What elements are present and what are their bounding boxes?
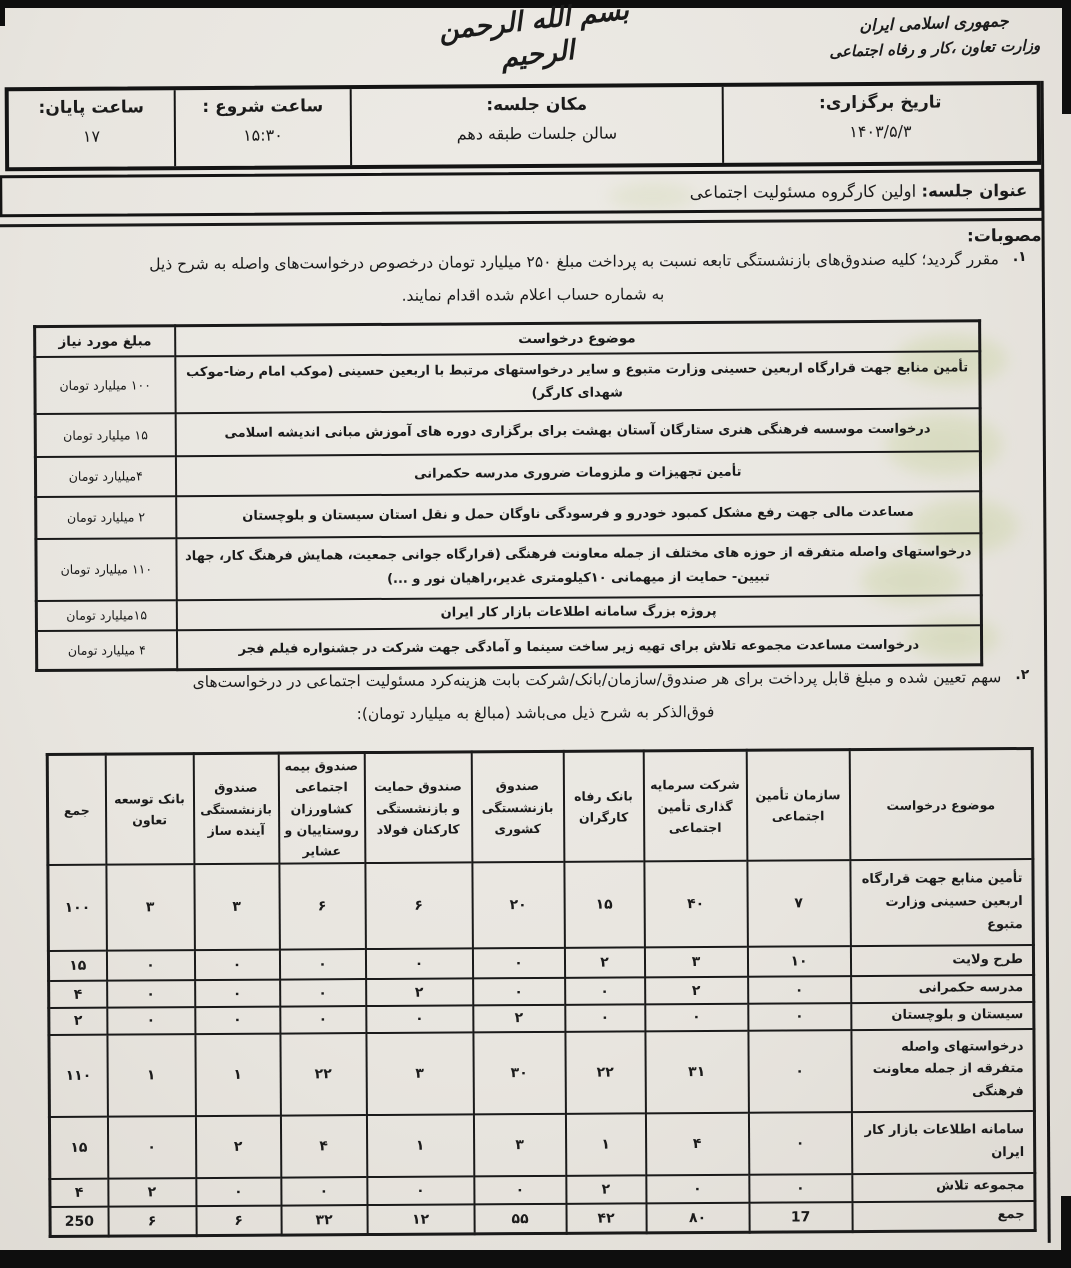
table-row: درخواستهای واصله متفرقه از جمله معاونت ف… <box>49 1029 1034 1117</box>
table-cell-subject: جمع <box>852 1201 1035 1232</box>
table-cell-value: ۴ <box>645 1112 748 1175</box>
table-cell-value: ۴۰ <box>644 861 748 948</box>
table-cell-value: ۰ <box>106 950 194 981</box>
table-cell-subject: طرح ولایت <box>850 945 1033 976</box>
table-cell-value: ۰ <box>748 1003 851 1030</box>
table-cell-value: ۱ <box>107 1034 195 1117</box>
table-cell-value: ۸۰ <box>646 1202 749 1233</box>
table-cell-subject: تأمین منابع جهت قرارگاه اربعین حسینی وزا… <box>175 351 980 413</box>
meeting-title-value: اولین کارگروه مسئولیت اجتماعی <box>690 182 917 202</box>
location-label: مکان جلسه: <box>352 94 722 116</box>
start-time-label: ساعت شروع : <box>176 96 350 117</box>
table-cell-value: ۶ <box>196 1205 281 1236</box>
table-cell-subject: مجموعه تلاش <box>852 1173 1035 1202</box>
table-header-cell: بانک رفاه کارگران <box>563 751 644 862</box>
table-cell-subject: تأمین منابع جهت قرارگاه اربعین حسینی وزا… <box>850 859 1034 946</box>
table-header-cell: شرکت سرمایه گذاری تأمین اجتماعی <box>643 750 747 861</box>
table-cell-subject: مساعدت مالی جهت رفع مشکل کمبود خودرو و ف… <box>176 491 981 538</box>
start-time-value: ۱۵:۳۰ <box>176 125 350 145</box>
meta-cell-start-time: ساعت شروع : ۱۵:۳۰ <box>174 89 350 166</box>
date-label: تاریخ برگزاری: <box>724 92 1037 114</box>
table-cell-value: ۱۰۰ <box>48 865 107 951</box>
requests-amount-table: موضوع درخواست مبلغ مورد نیاز تأمین منابع… <box>33 319 983 672</box>
table-cell-subject: سیستان و بلوچستان <box>851 1002 1034 1030</box>
table-row: درخواستهای واصله متفرقه از حوزه های مختل… <box>36 533 981 601</box>
table-cell-value: ۰ <box>366 1005 473 1032</box>
table-header-cell: صندوق بیمه اجتماعی کشاورزان روستاییان و … <box>278 753 365 864</box>
table-cell-value: ۳ <box>473 1114 565 1177</box>
resolution-item-2-text: سهم تعیین شده و مبلغ قابل پرداخت برای هر… <box>193 668 1002 691</box>
table-cell-amount: ۴ میلیارد تومان <box>36 630 176 671</box>
table-cell-value: ۱۱۰ <box>49 1034 107 1116</box>
table-cell-value: ۰ <box>645 1004 748 1031</box>
table-cell-value: ۲۰ <box>472 862 565 949</box>
table-row: مساعدت مالی جهت رفع مشکل کمبود خودرو و ف… <box>36 491 981 539</box>
resolution-item-1-line2: به شماره حساب اعلام شده اقدام نمایند. <box>39 280 1027 310</box>
table-cell-value: ۴ <box>50 1178 108 1206</box>
table-cell-value: ۱۵ <box>564 862 645 948</box>
table-cell-value: ۲۲ <box>280 1033 366 1116</box>
table-cell-value: ۳۰ <box>473 1032 565 1115</box>
table-cell-subject: درخواست مساعدت مجموعه تلاش برای تهیه زیر… <box>176 625 981 670</box>
table-cell-amount: ۱۱۰ میلیارد تومان <box>36 538 176 601</box>
table-cell-value: ۰ <box>749 1174 852 1203</box>
table-cell-value: ۱ <box>195 1033 280 1116</box>
table-cell-value: ۳ <box>194 864 280 951</box>
resolution-item-2-line1: ۲.سهم تعیین شده و مبلغ قابل پرداخت برای … <box>41 665 1029 695</box>
table-cell-amount: ۱۰۰ میلیارد تومان <box>35 356 175 414</box>
table-cell-value: ۲ <box>108 1178 196 1207</box>
table-cell-value: ۰ <box>565 1004 645 1031</box>
resolution-item-2: ۲.سهم تعیین شده و مبلغ قابل پرداخت برای … <box>41 665 1029 728</box>
table-cell-value: ۰ <box>367 1176 474 1205</box>
table-row: درخواست موسسه فرهنگی هنری ستارگان آستان … <box>35 408 980 457</box>
table-cell-subject: تأمین تجهیزات و ملزومات ضروری مدرسه حکمر… <box>175 451 980 496</box>
table-cell-subject: سامانه اطلاعات بازار کار ایران <box>851 1111 1034 1174</box>
table-cell-value: ۲ <box>366 979 473 1006</box>
table-cell-subject: پروژه بزرگ سامانه اطلاعات بازار کار ایرا… <box>176 595 981 630</box>
table-row: سامانه اطلاعات بازار کار ایران ۰ ۴ ۱ ۳ ۱… <box>49 1111 1034 1179</box>
item-number: ۲. <box>1015 667 1029 683</box>
letterhead: جمهوری اسلامی ایران وزارت تعاون ،کار و ر… <box>818 6 1052 66</box>
table-header-cell: موضوع درخواست <box>849 748 1033 860</box>
table-cell-value: ۳۱ <box>645 1030 748 1113</box>
table-cell-subject: درخواستهای واصله متفرقه از حوزه های مختل… <box>176 533 981 600</box>
meeting-title-label: عنوان جلسه: <box>921 181 1027 201</box>
table-cell-value: ۶ <box>108 1206 196 1237</box>
table-cell-value: ۳ <box>644 947 747 978</box>
table-cell-value: ۲ <box>473 1005 565 1032</box>
table-cell-subject: درخواست موسسه فرهنگی هنری ستارگان آستان … <box>175 408 980 456</box>
table-cell-value: ۱ <box>366 1114 473 1177</box>
meeting-title-band: عنوان جلسه: اولین کارگروه مسئولیت اجتماع… <box>0 169 1042 217</box>
table-cell-value: ۳ <box>366 1032 473 1115</box>
section-divider <box>0 218 1043 227</box>
table-cell-value: ۰ <box>195 1007 280 1034</box>
table-cell-value: ۳۲ <box>281 1205 367 1236</box>
resolution-item-1-text: مقرر گردید؛ کلیه صندوق‌های بازنشستگی تاب… <box>149 250 999 273</box>
table-cell-value: ۰ <box>279 949 365 980</box>
table-cell-value: ۴ <box>49 981 107 1008</box>
table-cell-value: 250 <box>50 1206 108 1236</box>
table-row: تأمین منابع جهت قرارگاه اربعین حسینی وزا… <box>35 351 980 414</box>
scanned-meeting-minutes-document: جمهوری اسلامی ایران وزارت تعاون ،کار و ر… <box>0 0 1071 1268</box>
table-cell-amount: ۲ میلیارد تومان <box>36 496 176 539</box>
table-cell-value: ۰ <box>748 976 851 1003</box>
resolutions-heading: مصوبات: <box>967 226 1042 246</box>
date-value: ۱۴۰۳/۵/۳ <box>724 121 1037 142</box>
table-cell-value: ۶ <box>279 863 366 950</box>
table-cell-value: ۲ <box>49 1008 107 1035</box>
resolution-item-2-line2: فوق‌الذکر به شرح ذیل می‌باشد (مبالغ به م… <box>41 698 1029 728</box>
table-cell-value: ۱ <box>565 1113 645 1175</box>
table-header-cell: صندوق بازنشستگی کشوری <box>471 751 564 862</box>
table-row: تأمین تجهیزات و ملزومات ضروری مدرسه حکمر… <box>35 451 980 497</box>
table-cell-value: 17 <box>749 1202 852 1233</box>
table-cell-value: ۰ <box>281 1177 367 1206</box>
table-header-cell: صندوق حمایت و بازنشستگی کارکنان فولاد <box>364 752 472 863</box>
meeting-meta-table: تاریخ برگزاری: ۱۴۰۳/۵/۳ مکان جلسه: سالن … <box>5 81 1041 171</box>
table-cell-amount: ۴میلیارد تومان <box>35 456 175 497</box>
table-cell-value: ۲ <box>564 948 644 978</box>
table-cell-value: ۰ <box>472 948 564 979</box>
table-total-row: جمع 17 ۸۰ ۴۲ ۵۵ ۱۲ ۳۲ ۶ ۶ 250 <box>50 1201 1035 1237</box>
meta-cell-date: تاریخ برگزاری: ۱۴۰۳/۵/۳ <box>722 85 1037 163</box>
end-time-value: ۱۷ <box>9 126 174 146</box>
table-cell-amount: ۱۵ میلیارد تومان <box>35 413 175 457</box>
table-cell-subject: درخواستهای واصله متفرقه از جمله معاونت ف… <box>851 1029 1034 1112</box>
table-cell-value: ۱۵ <box>49 1116 107 1178</box>
table-header-cell: مبلغ مورد نیاز <box>35 326 175 357</box>
table-cell-value: ۰ <box>280 1006 366 1033</box>
allocation-by-fund-table: موضوع درخواست سازمان تأمین اجتماعی شرکت … <box>46 747 1037 1238</box>
table-cell-subject: مدرسه حکمرانی <box>851 975 1034 1003</box>
table-cell-value: ۱۰ <box>747 946 850 977</box>
table-cell-value: ۲ <box>566 1175 646 1203</box>
table-cell-value: ۰ <box>646 1174 749 1203</box>
table-header-cell: سازمان تأمین اجتماعی <box>746 750 850 861</box>
table-cell-value: ۲ <box>195 1115 280 1178</box>
table-cell-value: ۰ <box>196 1177 281 1206</box>
table-header-cell: بانک توسعه تعاون <box>105 754 194 865</box>
table-cell-value: ۰ <box>565 978 645 1005</box>
table-cell-value: ۶ <box>365 863 473 950</box>
resolution-item-1: ۱.مقرر گردید؛ کلیه صندوق‌های بازنشستگی ت… <box>39 247 1027 310</box>
table-cell-value: ۰ <box>748 1112 851 1175</box>
resolution-item-1-line1: ۱.مقرر گردید؛ کلیه صندوق‌های بازنشستگی ت… <box>39 247 1027 277</box>
table-cell-value: ۴ <box>280 1115 366 1178</box>
meta-cell-location: مکان جلسه: سالن جلسات طبقه دهم <box>350 87 722 165</box>
table-cell-value: ۰ <box>474 1176 566 1205</box>
table-cell-value: ۰ <box>107 1007 195 1034</box>
meta-cell-end-time: ساعت پایان: ۱۷ <box>9 90 174 167</box>
location-value: سالن جلسات طبقه دهم <box>352 123 722 144</box>
table-header-cell: موضوع درخواست <box>175 321 980 356</box>
table-cell-value: ۴۲ <box>566 1203 646 1233</box>
table-cell-value: ۷ <box>747 860 851 947</box>
page-margin-rule <box>1041 81 1051 1243</box>
table-header-cell: صندوق بازنشستگی آینده ساز <box>193 753 279 864</box>
table-cell-value: ۰ <box>107 980 195 1007</box>
table-cell-value: ۱۲ <box>367 1204 474 1235</box>
table-header-row: موضوع درخواست سازمان تأمین اجتماعی شرکت … <box>47 748 1033 865</box>
table-header-cell: جمع <box>47 754 106 865</box>
end-time-label: ساعت پایان: <box>9 97 174 118</box>
table-cell-value: ۱۵ <box>48 951 106 981</box>
table-row: درخواست مساعدت مجموعه تلاش برای تهیه زیر… <box>36 625 981 671</box>
table-cell-value: ۰ <box>748 1030 851 1113</box>
table-cell-value: ۵۵ <box>474 1204 566 1235</box>
table-cell-value: ۲۲ <box>565 1031 645 1113</box>
table-cell-value: ۳ <box>106 864 195 951</box>
table-cell-value: ۰ <box>194 950 279 981</box>
table-cell-value: ۰ <box>280 979 366 1006</box>
table-cell-value: ۰ <box>107 1116 195 1179</box>
table-cell-amount: ۱۵میلیارد تومان <box>36 600 176 631</box>
table-cell-value: ۰ <box>473 978 565 1005</box>
table-row: تأمین منابع جهت قرارگاه اربعین حسینی وزا… <box>48 859 1034 951</box>
table-cell-value: ۲ <box>645 977 748 1004</box>
table-cell-value: ۰ <box>365 949 472 980</box>
item-number: ۱. <box>1013 249 1027 265</box>
table-cell-value: ۰ <box>195 980 280 1007</box>
